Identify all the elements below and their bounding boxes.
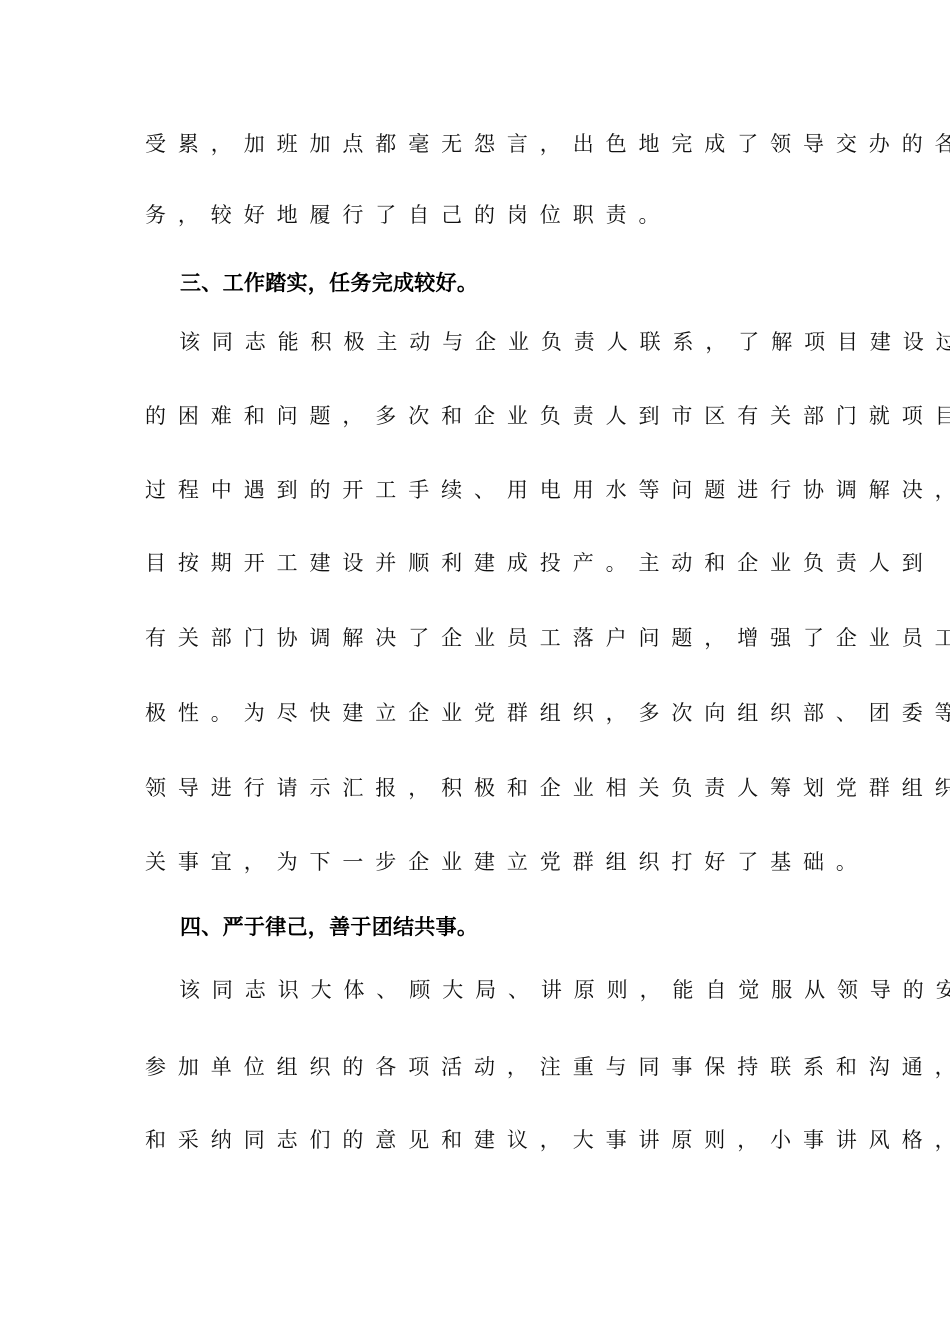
paragraph-line: 务，较好地履行了自己的岗位职责。: [145, 200, 671, 230]
section-heading-3: 三、工作踏实，任务完成较好。: [180, 268, 478, 298]
paragraph-line: 该同志识大体、顾大局、讲原则，能自觉服从领导的安排，积极: [179, 975, 950, 1005]
paragraph-line: 和采纳同志们的意见和建议，大事讲原则，小事讲风格，以良好的: [145, 1125, 950, 1155]
paragraph-line: 受累，加班加点都毫无怨言，出色地完成了领导交办的各项工作任: [145, 129, 950, 159]
paragraph-line: 过程中遇到的开工手续、用电用水等问题进行协调解决，确保了项: [145, 475, 950, 505]
paragraph-line: 的困难和问题，多次和企业负责人到市区有关部门就项目开工建设: [145, 401, 950, 431]
paragraph-line: 关事宜，为下一步企业建立党群组织打好了基础。: [145, 847, 869, 877]
paragraph-line: 领导进行请示汇报，积极和企业相关负责人筹划党群组织建立的有: [145, 773, 950, 803]
paragraph-line: 参加单位组织的各项活动，注重与同事保持联系和沟通，虚心倾听: [145, 1052, 950, 1082]
paragraph-line: 目按期开工建设并顺利建成投产。主动和企业负责人到 XX 派出所和: [145, 548, 950, 578]
paragraph-line: 有关部门协调解决了企业员工落户问题，增强了企业员工工作的积: [145, 623, 950, 653]
section-heading-4: 四、严于律己，善于团结共事。: [180, 912, 478, 942]
paragraph-line: 极性。为尽快建立企业党群组织，多次向组织部、团委等部门有关: [145, 698, 950, 728]
document-page: 受累，加班加点都毫无怨言，出色地完成了领导交办的各项工作任 务，较好地履行了自己…: [0, 0, 950, 1344]
paragraph-line: 该同志能积极主动与企业负责人联系，了解项目建设过程中遇到: [179, 327, 950, 357]
